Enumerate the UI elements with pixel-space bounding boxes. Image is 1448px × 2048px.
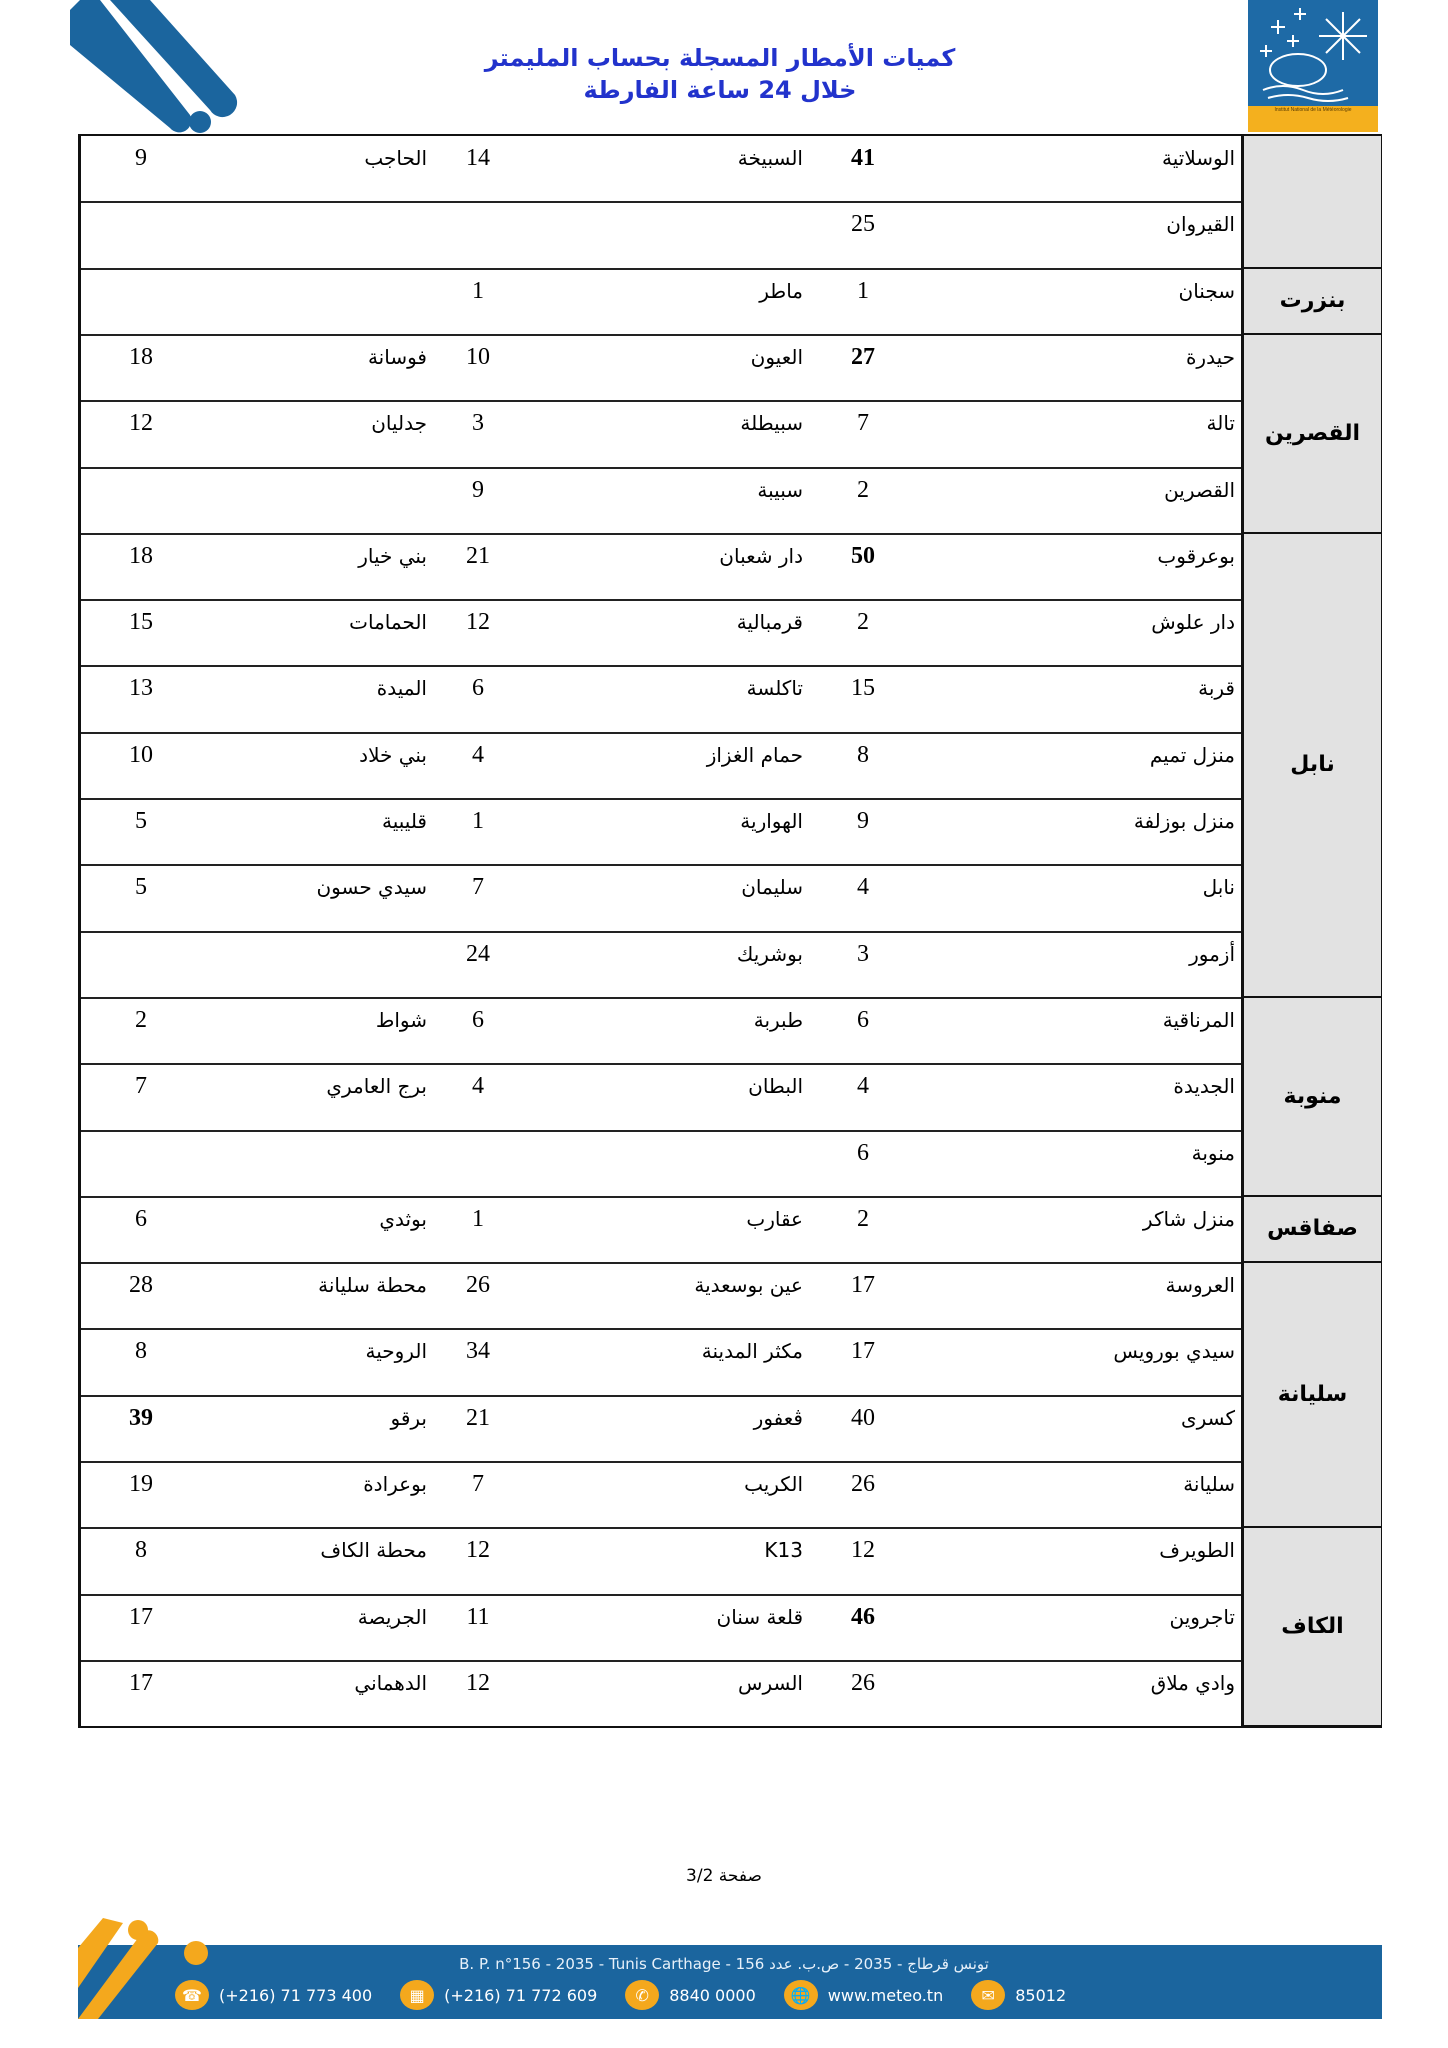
footer-address: B. P. n°156 - 2035 - Tunis Carthage - تو… bbox=[0, 1955, 1448, 1973]
station-name: القصرين bbox=[917, 468, 1241, 534]
station-name: كسرى bbox=[917, 1396, 1241, 1462]
rainfall-value: 17 bbox=[809, 1329, 917, 1395]
row-divider bbox=[81, 1196, 1241, 1198]
rainfall-value: 6 bbox=[81, 1197, 201, 1263]
rainfall-value: 2 bbox=[809, 1197, 917, 1263]
table-row: 12جدليان3سبيطلة7تالة bbox=[81, 401, 1241, 467]
station-name: قلعة سنان bbox=[523, 1595, 809, 1661]
table-row: 9الحاجب14السبيخة41الوسلاتية bbox=[81, 136, 1241, 202]
governorate-cell: الكاف bbox=[1241, 1526, 1381, 1727]
station-name: سيدي بورويس bbox=[917, 1329, 1241, 1395]
station-name bbox=[523, 1131, 809, 1197]
rainfall-value: 4 bbox=[809, 1064, 917, 1130]
table-row: 8الروحية34مكثر المدينة17سيدي بورويس bbox=[81, 1329, 1241, 1395]
station-name: الروحية bbox=[201, 1329, 433, 1395]
table-row: 6بوثدي1عقارب2منزل شاكر bbox=[81, 1197, 1241, 1263]
page-number: صفحة 3/2 bbox=[0, 1866, 1448, 1886]
rainfall-value: 1 bbox=[809, 269, 917, 335]
rainfall-value: 1 bbox=[433, 799, 523, 865]
row-divider bbox=[81, 467, 1241, 469]
rainfall-value: 34 bbox=[433, 1329, 523, 1395]
rainfall-value: 9 bbox=[81, 136, 201, 202]
contact-item: ▦(+216) 71 772 609 bbox=[400, 1980, 597, 2010]
station-name: بوعرقوب bbox=[917, 534, 1241, 600]
row-divider bbox=[81, 1594, 1241, 1596]
rainfall-value: 15 bbox=[809, 666, 917, 732]
rainfall-value: 50 bbox=[809, 534, 917, 600]
rainfall-value: 13 bbox=[81, 666, 201, 732]
table-row: 1ماطر1سجنان bbox=[81, 269, 1241, 335]
rainfall-value: 17 bbox=[81, 1661, 201, 1727]
rainfall-value: 7 bbox=[433, 1462, 523, 1528]
rainfall-value: 26 bbox=[809, 1462, 917, 1528]
rainfall-value: 5 bbox=[81, 799, 201, 865]
station-name: قليبية bbox=[201, 799, 433, 865]
rainfall-value: 3 bbox=[809, 932, 917, 998]
footer-contacts: ☎(+216) 71 773 400▦(+216) 71 772 609✆884… bbox=[175, 1980, 1066, 2010]
row-divider bbox=[81, 1262, 1241, 1264]
table-row: 13الميدة6تاكلسة15قربة bbox=[81, 666, 1241, 732]
rainfall-value: 6 bbox=[809, 998, 917, 1064]
station-name bbox=[201, 1131, 433, 1197]
station-name: تاجروين bbox=[917, 1595, 1241, 1661]
station-name: العيون bbox=[523, 335, 809, 401]
rainfall-value: 12 bbox=[433, 1661, 523, 1727]
contact-item: ✆8840 0000 bbox=[625, 1980, 756, 2010]
station-name: K13 bbox=[523, 1528, 809, 1594]
station-name: فوسانة bbox=[201, 335, 433, 401]
row-divider bbox=[81, 997, 1241, 999]
station-name: الهوارية bbox=[523, 799, 809, 865]
title-line-1: كميات الأمطار المسجلة بحساب المليمتر bbox=[360, 42, 1080, 74]
table-row: 8محطة الكاف12K1312الطويرف bbox=[81, 1528, 1241, 1594]
station-name: برج العامري bbox=[201, 1064, 433, 1130]
brand-stripes-decoration bbox=[70, 0, 240, 135]
station-name: برقو bbox=[201, 1396, 433, 1462]
rainfall-table: 9الحاجب14السبيخة41الوسلاتية25القيروان1ما… bbox=[78, 134, 1382, 1728]
table-row: 39برقو21ڤعفور40كسرى bbox=[81, 1396, 1241, 1462]
governorate-cell bbox=[1241, 134, 1381, 269]
table-row: 17الجريصة11قلعة سنان46تاجروين bbox=[81, 1595, 1241, 1661]
row-divider bbox=[81, 1461, 1241, 1463]
rainfall-value: 1 bbox=[433, 269, 523, 335]
rainfall-value: 4 bbox=[433, 733, 523, 799]
row-divider bbox=[81, 1660, 1241, 1662]
station-name: منزل تميم bbox=[917, 733, 1241, 799]
inm-logo: Institut National de la Météorologie bbox=[1248, 0, 1378, 132]
rainfall-value: 4 bbox=[809, 865, 917, 931]
row-divider bbox=[81, 334, 1241, 336]
call-center-icon: ✆ bbox=[625, 1980, 659, 2010]
rainfall-value: 1 bbox=[433, 1197, 523, 1263]
rainfall-value: 12 bbox=[433, 1528, 523, 1594]
row-divider bbox=[81, 931, 1241, 933]
governorate-cell: منوبة bbox=[1241, 996, 1381, 1197]
rainfall-value: 17 bbox=[81, 1595, 201, 1661]
table-row: 5سيدي حسون7سليمان4نابل bbox=[81, 865, 1241, 931]
station-name: جدليان bbox=[201, 401, 433, 467]
row-divider bbox=[81, 732, 1241, 734]
row-divider bbox=[81, 1527, 1241, 1529]
station-name: منزل شاكر bbox=[917, 1197, 1241, 1263]
station-name: السرس bbox=[523, 1661, 809, 1727]
station-name: الجريصة bbox=[201, 1595, 433, 1661]
station-name: سليمان bbox=[523, 865, 809, 931]
rainfall-value: 46 bbox=[809, 1595, 917, 1661]
station-name bbox=[201, 468, 433, 534]
rainfall-value bbox=[433, 1131, 523, 1197]
table-row: 5قليبية1الهوارية9منزل بوزلفة bbox=[81, 799, 1241, 865]
row-divider bbox=[81, 599, 1241, 601]
station-name: سيدي حسون bbox=[201, 865, 433, 931]
station-name: الحمامات bbox=[201, 600, 433, 666]
row-divider bbox=[81, 864, 1241, 866]
table-row: 15الحمامات12قرمبالية2دار علوش bbox=[81, 600, 1241, 666]
table-row: 18فوسانة10العيون27حيدرة bbox=[81, 335, 1241, 401]
rainfall-value: 24 bbox=[433, 932, 523, 998]
station-name: طبربة bbox=[523, 998, 809, 1064]
row-divider bbox=[81, 1063, 1241, 1065]
rainfall-value: 5 bbox=[81, 865, 201, 931]
table-row: 18بني خيار21دار شعبان50بوعرقوب bbox=[81, 534, 1241, 600]
station-name: دار شعبان bbox=[523, 534, 809, 600]
snowflake-stars-icon bbox=[1248, 0, 1378, 106]
table-row: 28محطة سليانة26عين بوسعدية17العروسة bbox=[81, 1263, 1241, 1329]
station-name: دار علوش bbox=[917, 600, 1241, 666]
station-name bbox=[201, 932, 433, 998]
rainfall-value: 7 bbox=[81, 1064, 201, 1130]
contact-text: www.meteo.tn bbox=[828, 1986, 943, 2005]
rainfall-value: 15 bbox=[81, 600, 201, 666]
row-divider bbox=[81, 1130, 1241, 1132]
station-name: بني خلاد bbox=[201, 733, 433, 799]
row-divider bbox=[81, 1395, 1241, 1397]
rainfall-value: 12 bbox=[809, 1528, 917, 1594]
station-name: الحاجب bbox=[201, 136, 433, 202]
rainfall-value: 28 bbox=[81, 1263, 201, 1329]
station-name: تاكلسة bbox=[523, 666, 809, 732]
station-name: الجديدة bbox=[917, 1064, 1241, 1130]
rainfall-value: 2 bbox=[81, 998, 201, 1064]
station-name: حمام الغزاز bbox=[523, 733, 809, 799]
station-name: الوسلاتية bbox=[917, 136, 1241, 202]
station-name: تالة bbox=[917, 401, 1241, 467]
station-name: حيدرة bbox=[917, 335, 1241, 401]
rainfall-value: 12 bbox=[433, 600, 523, 666]
rainfall-value bbox=[81, 468, 201, 534]
phone-icon: ☎ bbox=[175, 1980, 209, 2010]
station-name: المرناقية bbox=[917, 998, 1241, 1064]
station-name: البطان bbox=[523, 1064, 809, 1130]
station-name: قرمبالية bbox=[523, 600, 809, 666]
station-name: الدهماني bbox=[201, 1661, 433, 1727]
title-line-2: خلال 24 ساعة الفارطة bbox=[360, 74, 1080, 106]
table-row: 24بوشريك3أزمور bbox=[81, 932, 1241, 998]
station-name: منوبة bbox=[917, 1131, 1241, 1197]
contact-text: 85012 bbox=[1015, 1986, 1066, 2005]
rainfall-value: 8 bbox=[809, 733, 917, 799]
table-row: 17الدهماني12السرس26وادي ملاق bbox=[81, 1661, 1241, 1727]
rainfall-value: 12 bbox=[81, 401, 201, 467]
page-title: كميات الأمطار المسجلة بحساب المليمتر خلا… bbox=[360, 42, 1080, 106]
logo-caption: Institut National de la Météorologie bbox=[1248, 106, 1378, 132]
station-name: وادي ملاق bbox=[917, 1661, 1241, 1727]
rainfall-value: 10 bbox=[81, 733, 201, 799]
rainfall-value: 10 bbox=[433, 335, 523, 401]
station-name: الكريب bbox=[523, 1462, 809, 1528]
station-name: سليانة bbox=[917, 1462, 1241, 1528]
contact-text: (+216) 71 772 609 bbox=[444, 1986, 597, 2005]
table-row: 6منوبة bbox=[81, 1131, 1241, 1197]
rainfall-value: 40 bbox=[809, 1396, 917, 1462]
station-name: شواط bbox=[201, 998, 433, 1064]
station-name: بوعرادة bbox=[201, 1462, 433, 1528]
rainfall-value: 9 bbox=[433, 468, 523, 534]
rainfall-value: 4 bbox=[433, 1064, 523, 1130]
governorate-cell: القصرين bbox=[1241, 333, 1381, 534]
rainfall-value: 14 bbox=[433, 136, 523, 202]
rainfall-value: 2 bbox=[809, 468, 917, 534]
rainfall-value: 6 bbox=[809, 1131, 917, 1197]
table-row: 25القيروان bbox=[81, 202, 1241, 268]
globe-icon: 🌐 bbox=[784, 1980, 818, 2010]
station-name bbox=[523, 202, 809, 268]
rainfall-value: 8 bbox=[81, 1528, 201, 1594]
rainfall-value: 6 bbox=[433, 998, 523, 1064]
table-row: 10بني خلاد4حمام الغزاز8منزل تميم bbox=[81, 733, 1241, 799]
governorate-cell: نابل bbox=[1241, 532, 1381, 998]
rainfall-value: 3 bbox=[433, 401, 523, 467]
rainfall-value: 26 bbox=[809, 1661, 917, 1727]
row-divider bbox=[81, 665, 1241, 667]
station-name: أزمور bbox=[917, 932, 1241, 998]
rainfall-value: 21 bbox=[433, 534, 523, 600]
rainfall-value: 19 bbox=[81, 1462, 201, 1528]
rainfall-value: 27 bbox=[809, 335, 917, 401]
station-name: مكثر المدينة bbox=[523, 1329, 809, 1395]
station-name: سبيبة bbox=[523, 468, 809, 534]
governorate-cell: سليانة bbox=[1241, 1261, 1381, 1528]
rainfall-value bbox=[81, 269, 201, 335]
rainfall-value: 7 bbox=[809, 401, 917, 467]
rainfall-value: 41 bbox=[809, 136, 917, 202]
station-name: الطويرف bbox=[917, 1528, 1241, 1594]
station-name: قربة bbox=[917, 666, 1241, 732]
station-name: عين بوسعدية bbox=[523, 1263, 809, 1329]
rainfall-value bbox=[81, 202, 201, 268]
station-name bbox=[201, 202, 433, 268]
rainfall-value: 17 bbox=[809, 1263, 917, 1329]
station-name: عقارب bbox=[523, 1197, 809, 1263]
governorate-cell: بنزرت bbox=[1241, 267, 1381, 335]
rainfall-value: 26 bbox=[433, 1263, 523, 1329]
table-row: 7برج العامري4البطان4الجديدة bbox=[81, 1064, 1241, 1130]
station-name: منزل بوزلفة bbox=[917, 799, 1241, 865]
rainfall-value: 8 bbox=[81, 1329, 201, 1395]
station-name: نابل bbox=[917, 865, 1241, 931]
table-row: 19بوعرادة7الكريب26سليانة bbox=[81, 1462, 1241, 1528]
rainfall-value: 18 bbox=[81, 534, 201, 600]
station-name bbox=[201, 269, 433, 335]
contact-text: 8840 0000 bbox=[669, 1986, 756, 2005]
contact-item[interactable]: 🌐www.meteo.tn bbox=[784, 1980, 943, 2010]
station-name: القيروان bbox=[917, 202, 1241, 268]
row-divider bbox=[81, 1328, 1241, 1330]
station-name: الميدة bbox=[201, 666, 433, 732]
sms-icon: ✉ bbox=[971, 1980, 1005, 2010]
rainfall-value: 25 bbox=[809, 202, 917, 268]
station-name: بوشريك bbox=[523, 932, 809, 998]
rainfall-value: 21 bbox=[433, 1396, 523, 1462]
station-name: سجنان bbox=[917, 269, 1241, 335]
rainfall-value: 39 bbox=[81, 1396, 201, 1462]
row-divider bbox=[81, 533, 1241, 535]
row-divider bbox=[81, 798, 1241, 800]
rainfall-value: 2 bbox=[809, 600, 917, 666]
station-name: بوثدي bbox=[201, 1197, 433, 1263]
station-name: بني خيار bbox=[201, 534, 433, 600]
row-divider bbox=[81, 201, 1241, 203]
fax-icon: ▦ bbox=[400, 1980, 434, 2010]
contact-item: ✉85012 bbox=[971, 1980, 1066, 2010]
row-divider bbox=[81, 268, 1241, 270]
rainfall-value bbox=[433, 202, 523, 268]
rainfall-value: 7 bbox=[433, 865, 523, 931]
row-divider bbox=[81, 400, 1241, 402]
station-name: سبيطلة bbox=[523, 401, 809, 467]
station-name: محطة الكاف bbox=[201, 1528, 433, 1594]
rainfall-value bbox=[81, 932, 201, 998]
rainfall-value: 6 bbox=[433, 666, 523, 732]
rainfall-value: 18 bbox=[81, 335, 201, 401]
contact-text: (+216) 71 773 400 bbox=[219, 1986, 372, 2005]
table-row: 9سبيبة2القصرين bbox=[81, 468, 1241, 534]
governorate-cell: صفاقس bbox=[1241, 1195, 1381, 1263]
rainfall-value: 9 bbox=[809, 799, 917, 865]
station-name: العروسة bbox=[917, 1263, 1241, 1329]
contact-item: ☎(+216) 71 773 400 bbox=[175, 1980, 372, 2010]
station-name: السبيخة bbox=[523, 136, 809, 202]
rainfall-value bbox=[81, 1131, 201, 1197]
table-row: 2شواط6طبربة6المرناقية bbox=[81, 998, 1241, 1064]
rainfall-value: 11 bbox=[433, 1595, 523, 1661]
station-name: ماطر bbox=[523, 269, 809, 335]
station-name: محطة سليانة bbox=[201, 1263, 433, 1329]
station-name: ڤعفور bbox=[523, 1396, 809, 1462]
